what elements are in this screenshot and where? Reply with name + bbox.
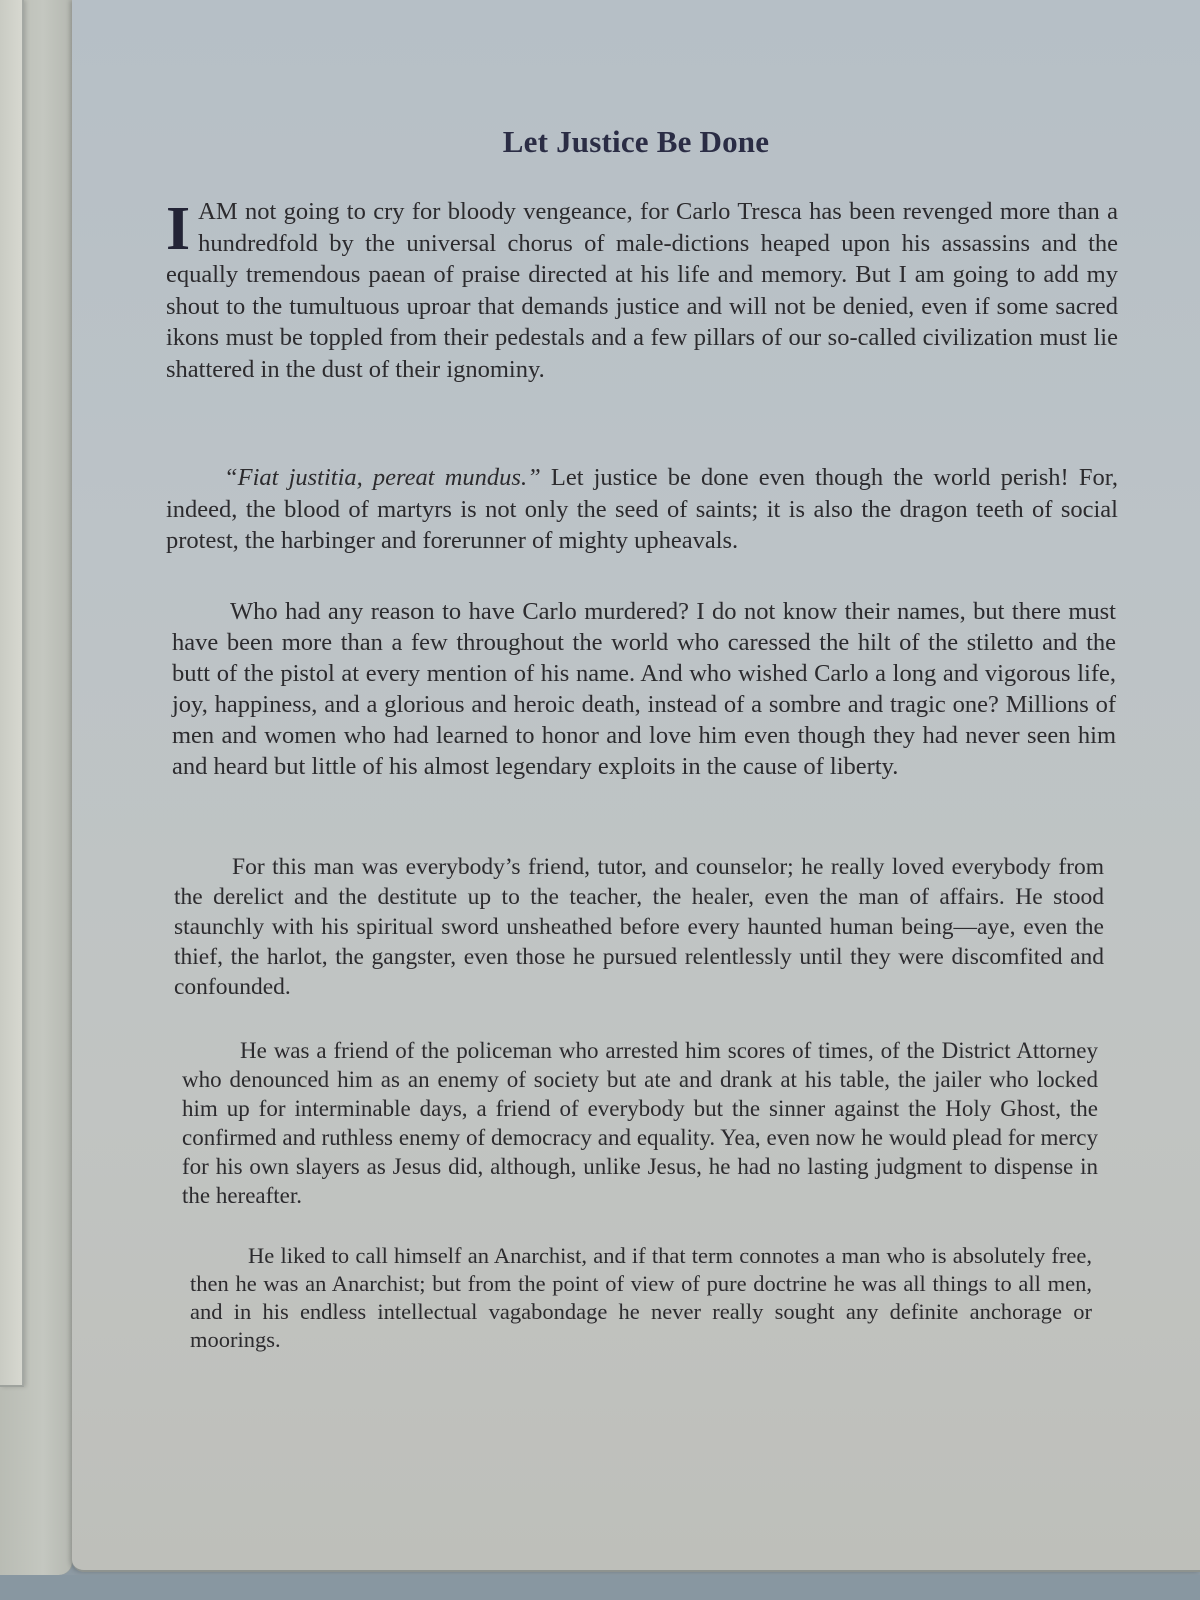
paragraph-text: For this man was everybody’s friend, tut… — [174, 852, 1104, 1002]
folded-leaf-edge — [0, 0, 24, 1387]
document-page: Let Justice Be Done I AM not going to cr… — [72, 0, 1200, 1572]
desk-surface — [0, 1575, 1200, 1600]
latin-quote: “Fiat justitia, pereat mundus.” — [224, 464, 541, 491]
paragraph-text: He was a friend of the policeman who arr… — [182, 1036, 1098, 1210]
paragraph-1: I AM not going to cry for bloody vengean… — [166, 196, 1118, 385]
paragraph-4: For this man was everybody’s friend, tut… — [174, 852, 1104, 1002]
paragraph-3: Who had any reason to have Carlo murdere… — [172, 596, 1116, 782]
paragraph-6: He liked to call himself an Anarchist, a… — [190, 1242, 1092, 1354]
paragraph-text: Who had any reason to have Carlo murdere… — [172, 596, 1116, 782]
paragraph-text: AM not going to cry for bloody vengeance… — [166, 198, 1118, 383]
article-title: Let Justice Be Done — [72, 124, 1200, 160]
paragraph-5: He was a friend of the policeman who arr… — [182, 1036, 1098, 1210]
paragraph-2: “Fiat justitia, pereat mundus.” Let just… — [166, 462, 1118, 557]
paragraph-text: He liked to call himself an Anarchist, a… — [190, 1242, 1092, 1354]
drop-cap: I — [166, 204, 190, 254]
